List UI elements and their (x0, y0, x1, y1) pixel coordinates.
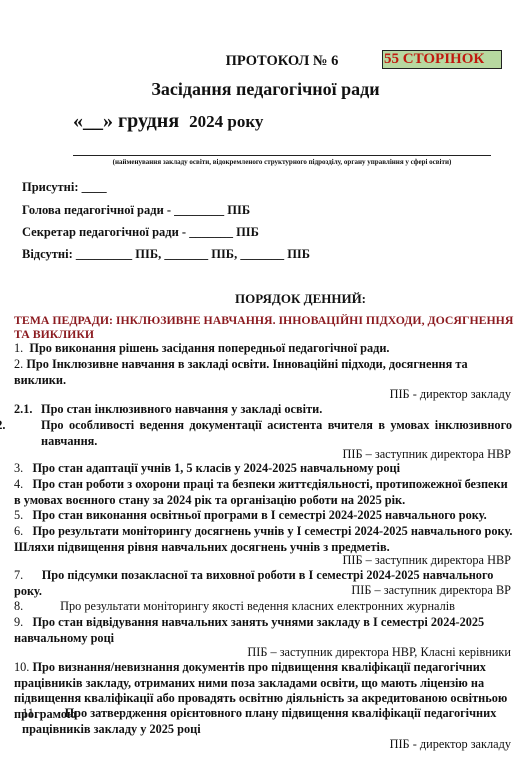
institution-caption: (найменування закладу освіти, відокремле… (73, 158, 491, 166)
item-number: 3. (14, 461, 23, 475)
item-text: Про стан роботи з охорони праці та безпе… (14, 477, 508, 507)
item-number: 10. (14, 660, 29, 674)
item-number: 8. (14, 599, 23, 613)
agenda-item-5: 5. Про стан виконання освітньої програми… (14, 508, 514, 524)
absent-field: Відсутні: _________ ПІБ, _______ ПІБ, __… (22, 247, 310, 262)
item-number: 9. (14, 615, 23, 629)
item-text: Про стан відвідування навчальних занять … (14, 615, 484, 645)
item-text: Про стан виконання освітньої програми в … (32, 508, 486, 522)
item-text: Про стан інклюзивного навчання у закладі… (41, 402, 322, 416)
agenda-item-3: 3. Про стан адаптації учнів 1, 5 класів … (14, 461, 514, 477)
item-text: Про особливості ведення документації аси… (41, 418, 512, 448)
responsible-deputy-vr: ПІБ – заступник директора ВР (351, 583, 511, 598)
item-text: Про результати моніторингу якості веденн… (60, 599, 455, 613)
item-number: 5. (14, 508, 23, 522)
item-text: Про виконання рішень засідання попереднь… (29, 341, 389, 355)
item-number: 7. (14, 568, 23, 582)
item-number: 6. (14, 524, 23, 538)
meeting-subtitle: Засідання педагогічної ради (0, 79, 531, 100)
responsible-director: ПІБ - директор закладу (390, 387, 511, 402)
item-number: 4. (14, 477, 23, 491)
agenda-item-9: 9. Про стан відвідування навчальних заня… (14, 615, 514, 646)
item-text: Про Інклюзивне навчання в закладі освіти… (14, 357, 468, 387)
item-number: 2.1. (14, 402, 41, 418)
page-count-badge: 55 СТОРІНОК (382, 50, 502, 69)
responsible-director: ПІБ - директор закладу (390, 737, 511, 752)
institution-name-line (73, 155, 491, 156)
item-number: 11. (22, 706, 37, 720)
present-field: Присутні: ____ (22, 180, 107, 195)
responsible-deputy-nvr: ПІБ – заступник директора НВР (343, 553, 511, 568)
item-number: 2. (14, 357, 23, 371)
item-number: 2.2. (14, 418, 41, 434)
item-text: Про результати моніторингу досягнень учн… (14, 524, 512, 554)
responsible-deputy-nvr: ПІБ – заступник директора НВР (343, 447, 511, 462)
chair-field: Голова педагогічної ради - ________ ПІБ (22, 203, 250, 218)
date-day-month: «__» грудня (73, 110, 179, 132)
date-year: 2024 року (189, 112, 263, 131)
agenda-item-11: 11. Про затвердження орієнтовного плану … (22, 706, 502, 737)
meeting-theme: ТЕМА ПЕДРАДИ: ІНКЛЮЗИВНЕ НАВЧАННЯ. ІННОВ… (14, 313, 519, 341)
agenda-item-1: 1. Про виконання рішень засідання попере… (14, 341, 514, 357)
agenda-item-2: 2. Про Інклюзивне навчання в закладі осв… (14, 357, 514, 388)
agenda-item-6: 6. Про результати моніторингу досягнень … (14, 524, 514, 555)
agenda-item-4: 4. Про стан роботи з охорони праці та бе… (14, 477, 514, 508)
meeting-date: «__» грудня 2024 року (73, 110, 263, 133)
agenda-title: ПОРЯДОК ДЕННИЙ: (0, 291, 531, 307)
agenda-item-2-2: 2.2.Про особливості ведення документації… (14, 418, 512, 449)
agenda-item-8: 8. Про результати моніторингу якості вед… (14, 599, 514, 615)
responsible-deputy-nvr-class-teachers: ПІБ – заступник директора НВР, Класні ке… (247, 645, 511, 660)
agenda-item-2-1: 2.1.Про стан інклюзивного навчання у зак… (14, 402, 512, 418)
item-text: Про затвердження орієнтовного плану підв… (22, 706, 496, 736)
secretary-field: Секретар педагогічної ради - _______ ПІБ (22, 225, 259, 240)
item-number: 1. (14, 341, 23, 355)
item-text: Про стан адаптації учнів 1, 5 класів у 2… (32, 461, 400, 475)
